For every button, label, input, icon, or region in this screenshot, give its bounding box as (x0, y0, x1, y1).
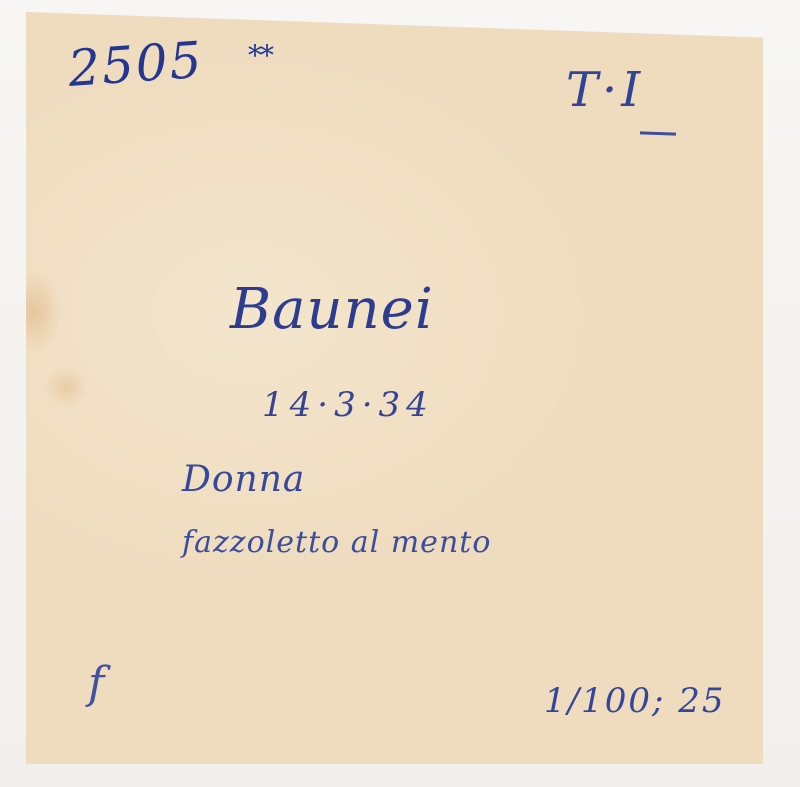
date: 14·3·34 (262, 388, 434, 422)
scale-exposure: 1/100; 25 (544, 684, 726, 718)
place-name: Baunei (230, 282, 434, 338)
subject: Donna (182, 462, 305, 498)
catalog-number: 2505 (67, 35, 205, 94)
corner-mark: f (88, 662, 104, 706)
star-marks-icon: ** (248, 42, 272, 70)
classification-code: T·I (566, 66, 644, 114)
description-note: fazzoletto al mento (182, 528, 491, 558)
